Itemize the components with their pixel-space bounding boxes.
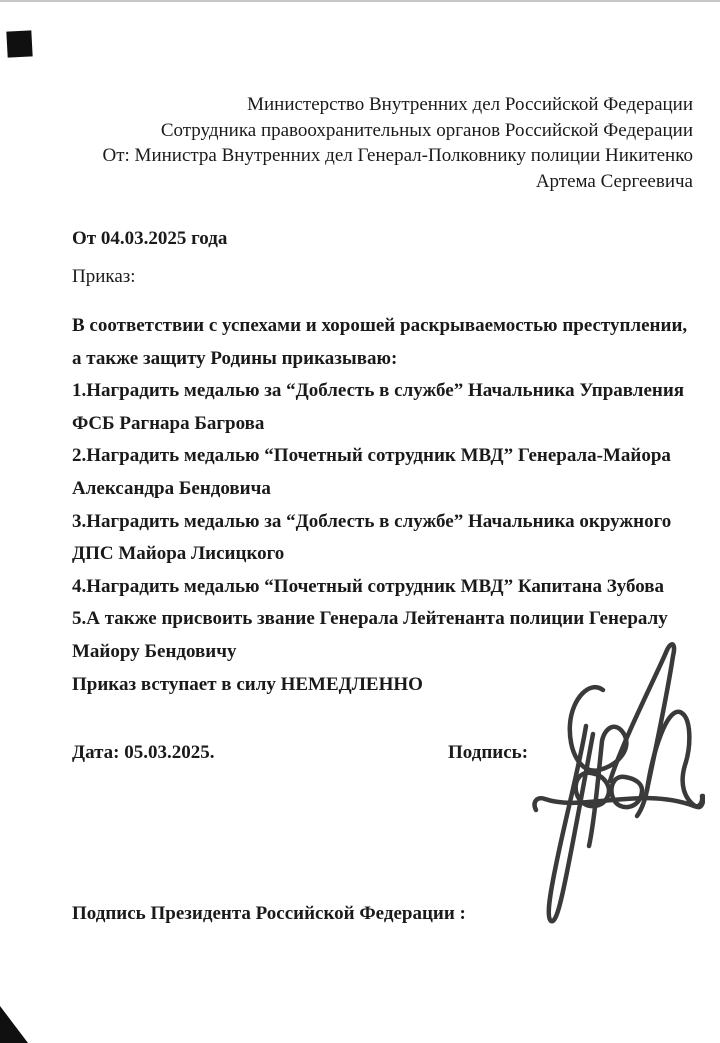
order-body-line: а также защиту Родины приказываю: [72,343,695,376]
letterhead-line-1: Министерство Внутренних дел Российской Ф… [72,92,693,118]
order-date-line: От 04.03.2025 года [72,228,227,250]
order-body-line: Александра Бендовича [72,473,695,506]
document-page: Министерство Внутренних дел Российской Ф… [0,0,720,1043]
order-body-line: 4.Наградить медалью “Почетный сотрудник … [72,571,695,604]
order-label: Приказ: [72,266,136,288]
signoff-date: Дата: 05.03.2025. [72,742,214,764]
letterhead-line-4: Артема Сергеевича [72,169,693,195]
order-body-line: 2.Наградить медалью “Почетный сотрудник … [72,440,695,473]
order-body-line: ФСБ Рагнара Багрова [72,408,695,441]
scan-artifact-top-left [6,30,32,57]
scan-artifact-bottom-left [0,1006,28,1043]
president-signature-label: Подпись Президента Российской Федерации … [72,903,466,925]
order-body-line: 3.Наградить медалью за “Доблесть в служб… [72,506,695,539]
order-body-line: 1.Наградить медалью за “Доблесть в служб… [72,375,695,408]
letterhead-line-2: Сотрудника правоохранительных органов Ро… [72,118,693,144]
signature-label: Подпись: [448,742,528,764]
scan-top-edge [0,0,720,2]
letterhead: Министерство Внутренних дел Российской Ф… [72,92,693,194]
order-body-line: ДПС Майора Лисицкого [72,538,695,571]
signature-scribble [520,628,705,938]
order-body-line: В соответствии с успехами и хорошей раск… [72,310,695,343]
letterhead-line-3: От: Министра Внутренних дел Генерал-Полк… [72,143,693,169]
